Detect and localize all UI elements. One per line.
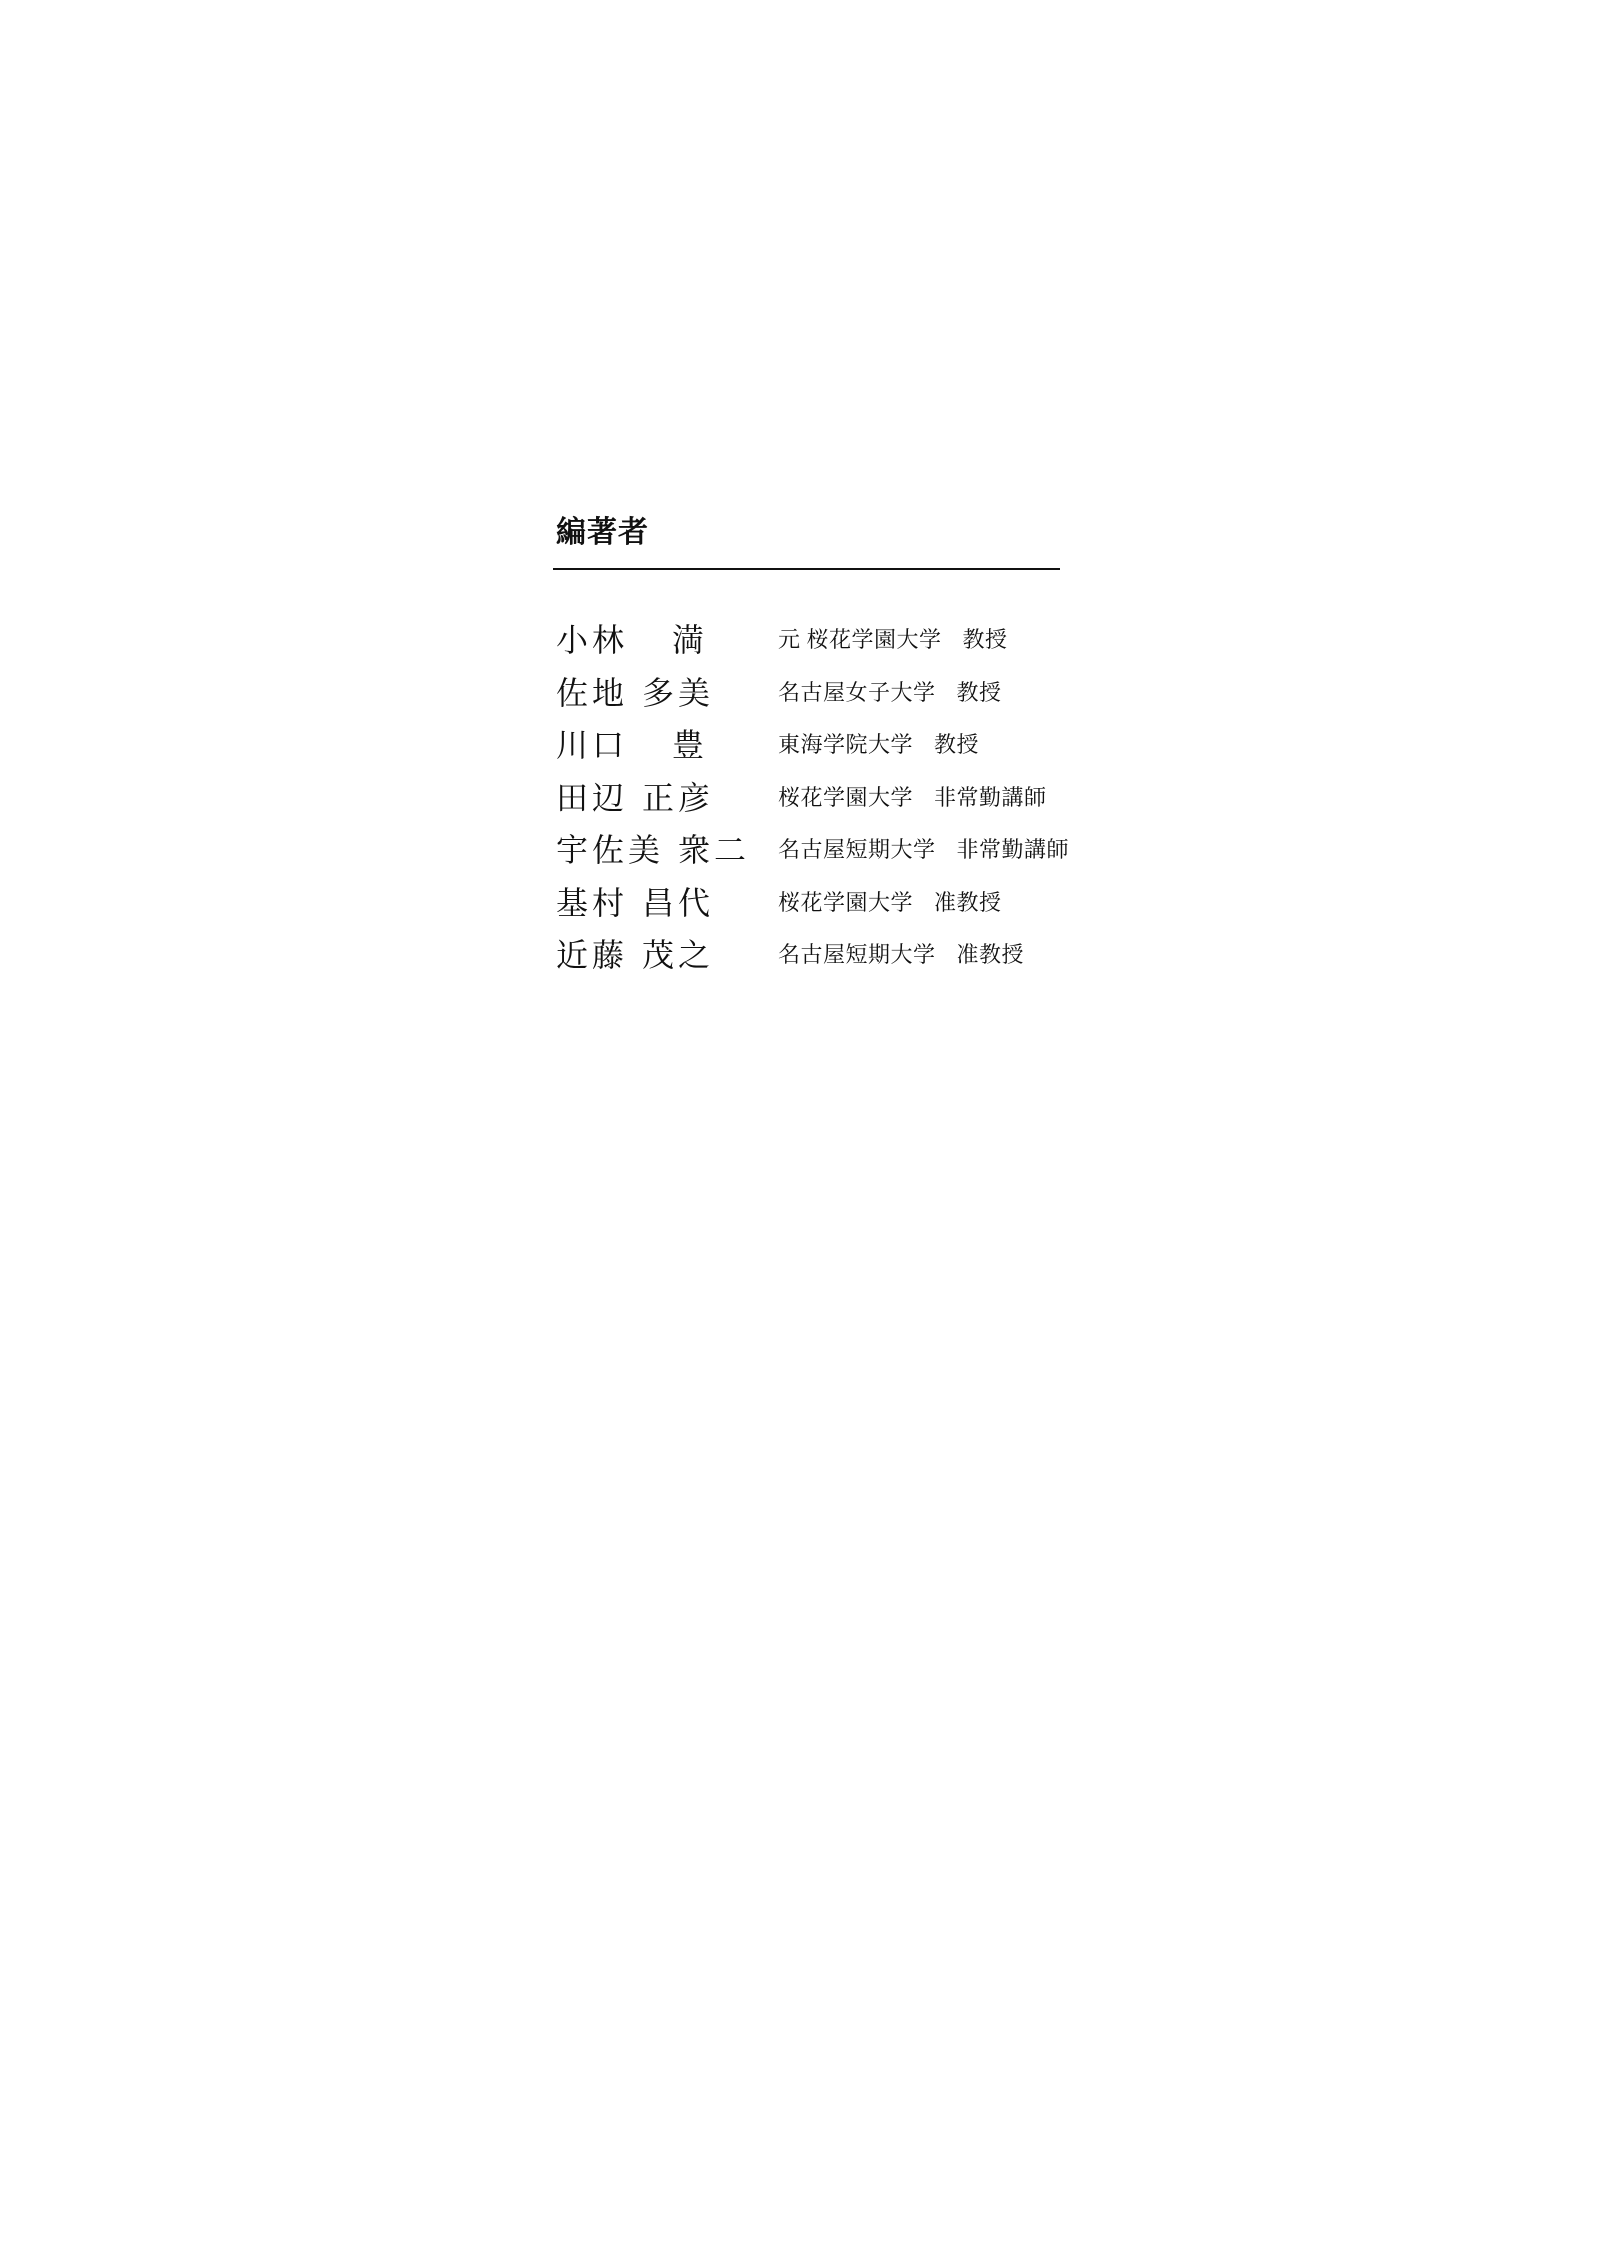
- affiliation-organization: 元 桜花学園大学: [778, 628, 942, 652]
- editor-affiliation: 名古屋女子大学 教授: [778, 681, 1002, 705]
- editor-family-name: 田辺: [556, 782, 628, 814]
- editors-section: 編著者 小林 満 元 桜花学園大学 教授 佐地 多美 名古屋女子大学 教授 川口…: [556, 518, 1116, 982]
- editor-name: 基村 昌代: [556, 887, 710, 919]
- editor-name: 佐地 多美: [556, 677, 710, 709]
- editor-given-name: 豊: [672, 729, 708, 761]
- editor-row: 基村 昌代 桜花学園大学 准教授: [556, 877, 1116, 930]
- editor-given-name: 多美: [642, 677, 714, 709]
- editor-family-name: 川口: [556, 729, 628, 761]
- affiliation-title: 非常勤講師: [957, 838, 1070, 862]
- editor-given-name: 茂之: [642, 939, 714, 971]
- editor-affiliation: 名古屋短期大学 准教授: [778, 943, 1024, 967]
- affiliation-title: 教授: [957, 681, 1002, 705]
- editor-row: 田辺 正彦 桜花学園大学 非常勤講師: [556, 772, 1116, 825]
- editor-affiliation: 元 桜花学園大学 教授: [778, 628, 1008, 652]
- editor-row: 川口 豊 東海学院大学 教授: [556, 719, 1116, 772]
- affiliation-organization: 東海学院大学: [778, 733, 913, 757]
- editor-given-name: 昌代: [642, 887, 714, 919]
- affiliation-title: 教授: [934, 733, 979, 757]
- editor-affiliation: 名古屋短期大学 非常勤講師: [778, 838, 1069, 862]
- editor-row: 小林 満 元 桜花学園大学 教授: [556, 614, 1116, 667]
- editor-affiliation: 桜花学園大学 准教授: [778, 891, 1002, 915]
- affiliation-organization: 桜花学園大学: [778, 786, 913, 810]
- editor-name: 川口 豊: [556, 729, 704, 761]
- affiliation-organization: 名古屋短期大学: [778, 943, 936, 967]
- section-heading: 編著者: [556, 518, 1116, 548]
- editor-name: 小林 満: [556, 624, 704, 656]
- editor-affiliation: 桜花学園大学 非常勤講師: [778, 786, 1047, 810]
- affiliation-organization: 桜花学園大学: [778, 891, 913, 915]
- editor-given-name: 正彦: [642, 782, 714, 814]
- editor-given-name: 満: [672, 624, 708, 656]
- editor-row: 近藤 茂之 名古屋短期大学 准教授: [556, 929, 1116, 982]
- editor-affiliation: 東海学院大学 教授: [778, 733, 979, 757]
- affiliation-title: 准教授: [957, 943, 1025, 967]
- heading-underline: [553, 568, 1060, 570]
- affiliation-title: 教授: [963, 628, 1008, 652]
- affiliation-title: 准教授: [934, 891, 1002, 915]
- editor-family-name: 基村: [556, 887, 628, 919]
- editor-name: 近藤 茂之: [556, 939, 710, 971]
- editor-family-name: 小林: [556, 624, 628, 656]
- editor-family-name: 宇佐美: [556, 834, 664, 866]
- book-page: 編著者 小林 満 元 桜花学園大学 教授 佐地 多美 名古屋女子大学 教授 川口…: [0, 0, 1600, 2260]
- editor-row: 佐地 多美 名古屋女子大学 教授: [556, 667, 1116, 720]
- affiliation-title: 非常勤講師: [934, 786, 1047, 810]
- editor-name: 田辺 正彦: [556, 782, 710, 814]
- editor-given-name: 衆二: [678, 834, 750, 866]
- editor-list: 小林 満 元 桜花学園大学 教授 佐地 多美 名古屋女子大学 教授 川口 豊 東…: [556, 614, 1116, 982]
- editor-family-name: 佐地: [556, 677, 628, 709]
- affiliation-organization: 名古屋短期大学: [778, 838, 936, 862]
- editor-name: 宇佐美 衆二: [556, 834, 746, 866]
- affiliation-organization: 名古屋女子大学: [778, 681, 936, 705]
- editor-row: 宇佐美 衆二 名古屋短期大学 非常勤講師: [556, 824, 1116, 877]
- editor-family-name: 近藤: [556, 939, 628, 971]
